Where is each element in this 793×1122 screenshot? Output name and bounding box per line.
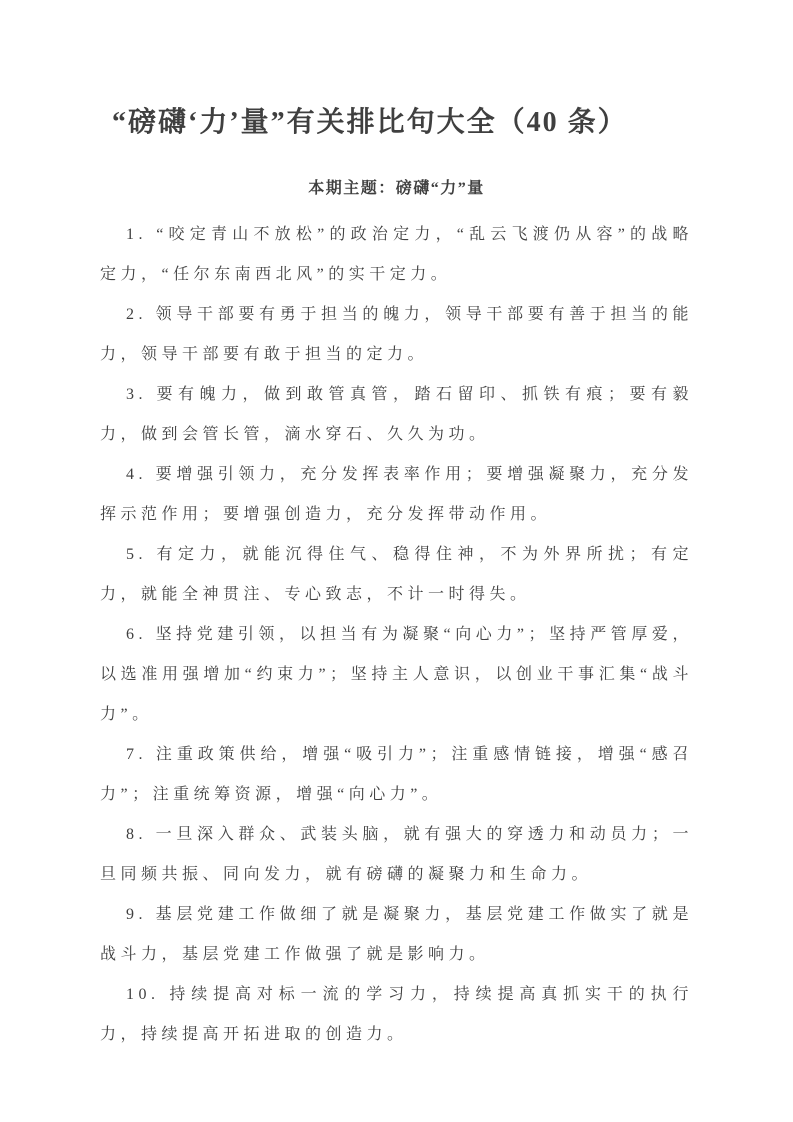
subtitle: 本期主题：磅礴“力”量	[100, 178, 693, 200]
list-item-3: 3. 要有魄力，做到敢管真管，踏石留印、抓铁有痕；要有毅力，做到会管长管，滴水穿…	[100, 375, 693, 455]
list-item-10: 10. 持续提高对标一流的学习力，持续提高真抓实干的执行力，持续提高开拓进取的创…	[100, 975, 693, 1055]
list-item-2: 2. 领导干部要有勇于担当的魄力，领导干部要有善于担当的能力，领导干部要有敢于担…	[100, 295, 693, 375]
paragraph-list: 1. “咬定青山不放松”的政治定力，“乱云飞渡仍从容”的战略定力，“任尔东南西北…	[100, 215, 693, 1055]
document-page: “磅礴‘力’量”有关排比句大全（40 条） 本期主题：磅礴“力”量 1. “咬定…	[0, 0, 793, 1122]
list-item-5: 5. 有定力，就能沉得住气、稳得住神，不为外界所扰；有定力，就能全神贯注、专心致…	[100, 535, 693, 615]
list-item-9: 9. 基层党建工作做细了就是凝聚力，基层党建工作做实了就是战斗力，基层党建工作做…	[100, 895, 693, 975]
list-item-6: 6. 坚持党建引领，以担当有为凝聚“向心力”；坚持严管厚爱，以选准用强增加“约束…	[100, 615, 693, 735]
list-item-7: 7. 注重政策供给，增强“吸引力”；注重感情链接，增强“感召力”；注重统筹资源，…	[100, 735, 693, 815]
list-item-1: 1. “咬定青山不放松”的政治定力，“乱云飞渡仍从容”的战略定力，“任尔东南西北…	[100, 215, 693, 295]
list-item-8: 8. 一旦深入群众、武装头脑，就有强大的穿透力和动员力；一旦同频共振、同向发力，…	[100, 815, 693, 895]
page-title: “磅礴‘力’量”有关排比句大全（40 条）	[112, 104, 693, 142]
list-item-4: 4. 要增强引领力，充分发挥表率作用；要增强凝聚力，充分发挥示范作用；要增强创造…	[100, 455, 693, 535]
